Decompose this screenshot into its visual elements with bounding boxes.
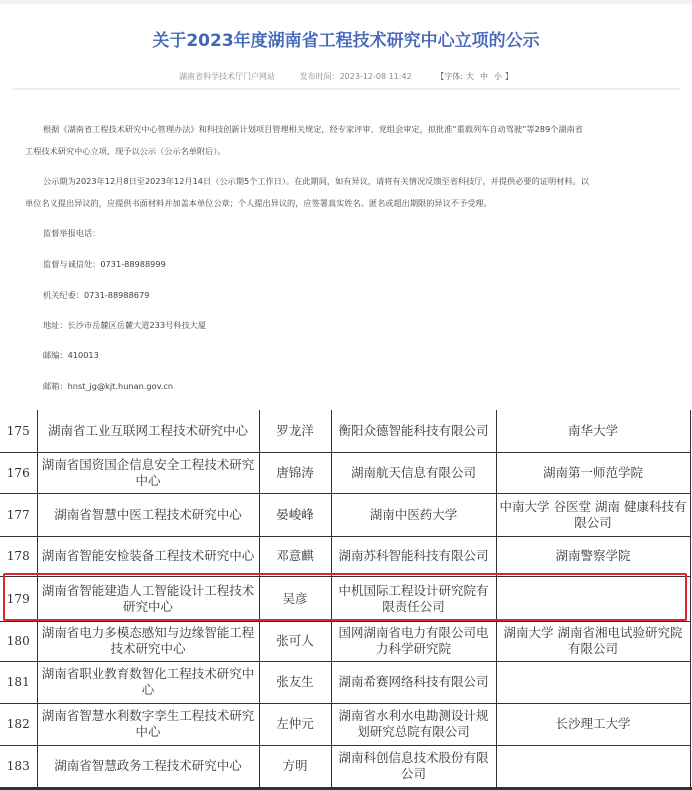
lead-unit: 衡阳众德智能科技有限公司	[331, 410, 496, 452]
row-number: 179	[0, 576, 37, 621]
leader-name: 晏峻峰	[259, 493, 331, 536]
partner-unit	[496, 576, 690, 621]
paragraph-2-line-2: 单位名义提出异议的，应提供书面材料并加盖本单位公章；个人提出异议的，应签署真实姓…	[25, 197, 675, 209]
leader-name: 左仲元	[259, 703, 331, 745]
center-name: 湖南省智慧政务工程技术研究中心	[37, 745, 259, 787]
center-name: 湖南省工业互联网工程技术研究中心	[37, 410, 259, 452]
table-row: 182 湖南省智慧水利数字孪生工程技术研究中心 左仲元 湖南省水利水电勘测设计规…	[0, 703, 690, 745]
publish-time-value: 2023-12-08 11:42	[340, 72, 412, 81]
email[interactable]: 邮箱：hnst_jg@kjt.hunan.gov.cn	[43, 381, 173, 392]
leader-name: 张友生	[259, 661, 331, 703]
top-strip	[0, 0, 692, 4]
table-row: 180 湖南省电力多模态感知与边缘智能工程技术研究中心 张可人 国网湖南省电力有…	[0, 621, 690, 661]
table-row: 181 湖南省职业教育数智化工程技术研究中心 张友生 湖南希赛网络科技有限公司	[0, 661, 690, 703]
divider	[12, 88, 680, 90]
row-number: 175	[0, 410, 37, 452]
font-size-small-button[interactable]: 小	[494, 71, 502, 82]
leader-name: 唐锦涛	[259, 452, 331, 493]
center-name: 湖南省智能安检装备工程技术研究中心	[37, 536, 259, 576]
partner-unit	[496, 745, 690, 787]
font-close: 】	[505, 71, 513, 82]
publish-time: 发布时间：2023-12-08 11:42	[300, 71, 412, 82]
table-row: 176 湖南省国资国企信息安全工程技术研究中心 唐锦涛 湖南航天信息有限公司 湖…	[0, 452, 690, 493]
lead-unit: 湖南航天信息有限公司	[331, 452, 496, 493]
font-size-large-button[interactable]: 大	[466, 71, 474, 82]
center-name: 湖南省职业教育数智化工程技术研究中心	[37, 661, 259, 703]
leader-name: 方明	[259, 745, 331, 787]
font-label: 【字体:	[436, 71, 463, 82]
center-name: 湖南省智能建造人工智能设计工程技术研究中心	[37, 576, 259, 621]
publish-label: 发布时间：	[300, 71, 340, 82]
partner-unit: 湖南大学 湖南省湘电试验研究院有限公司	[496, 621, 690, 661]
partner-unit: 长沙理工大学	[496, 703, 690, 745]
center-name: 湖南省电力多模态感知与边缘智能工程技术研究中心	[37, 621, 259, 661]
lead-unit: 中机国际工程设计研究院有限责任公司	[331, 576, 496, 621]
partner-unit: 湖南警察学院	[496, 536, 690, 576]
hotline-label: 监督举报电话：	[43, 228, 100, 239]
center-name: 湖南省国资国企信息安全工程技术研究中心	[37, 452, 259, 493]
partner-unit: 南华大学	[496, 410, 690, 452]
font-size-control: 【字体:大中小】	[436, 71, 513, 82]
lead-unit: 湖南苏科智能科技有限公司	[331, 536, 496, 576]
row-number: 178	[0, 536, 37, 576]
address: 地址：长沙市岳麓区岳麓大道233号科技大厦	[43, 320, 206, 331]
lead-unit: 湖南中医药大学	[331, 493, 496, 536]
source-label: 湖南省科学技术厅门户网站	[179, 71, 275, 82]
partner-unit: 中南大学 谷医堂 湖南 健康科技有限公司	[496, 493, 690, 536]
table-row: 178 湖南省智能安检装备工程技术研究中心 邓意麒 湖南苏科智能科技有限公司 湖…	[0, 536, 690, 576]
lead-unit: 湖南希赛网络科技有限公司	[331, 661, 496, 703]
row-number: 182	[0, 703, 37, 745]
postcode: 邮编：410013	[43, 350, 99, 361]
font-size-medium-button[interactable]: 中	[480, 71, 488, 82]
article-meta: 湖南省科学技术厅门户网站 发布时间：2023-12-08 11:42 【字体:大…	[0, 71, 692, 82]
paragraph-1-line-2: 工程技术研究中心立项，现予以公示（公示名单附后）。	[25, 145, 675, 157]
table-row-highlighted: 179 湖南省智能建造人工智能设计工程技术研究中心 吴彦 中机国际工程设计研究院…	[0, 576, 690, 621]
row-number: 176	[0, 452, 37, 493]
row-number: 180	[0, 621, 37, 661]
page-title: 关于2023年度湖南省工程技术研究中心立项的公示	[0, 26, 692, 51]
supervision-phone: 监督与诚信处：0731-88988999	[43, 259, 166, 270]
lead-unit: 湖南科创信息技术股份有限公司	[331, 745, 496, 787]
paragraph-2-line-1: 公示期为2023年12月8日至2023年12月14日（公示期5个工作日）。在此期…	[43, 175, 692, 187]
paragraph-1-line-1: 根据《湖南省工程技术研究中心管理办法》和科技创新计划项目管理相关规定，经专家评审…	[43, 123, 692, 135]
project-list-table: 175 湖南省工业互联网工程技术研究中心 罗龙洋 衡阳众德智能科技有限公司 南华…	[0, 410, 691, 788]
partner-unit	[496, 661, 690, 703]
leader-name: 邓意麒	[259, 536, 331, 576]
lead-unit: 湖南省水利水电勘测设计规划研究总院有限公司	[331, 703, 496, 745]
row-number: 181	[0, 661, 37, 703]
table-row: 175 湖南省工业互联网工程技术研究中心 罗龙洋 衡阳众德智能科技有限公司 南华…	[0, 410, 690, 452]
discipline-phone: 机关纪委：0731-88988679	[43, 290, 149, 301]
lead-unit: 国网湖南省电力有限公司电力科学研究院	[331, 621, 496, 661]
leader-name: 张可人	[259, 621, 331, 661]
table-row: 183 湖南省智慧政务工程技术研究中心 方明 湖南科创信息技术股份有限公司	[0, 745, 690, 787]
row-number: 183	[0, 745, 37, 787]
row-number: 177	[0, 493, 37, 536]
table-row: 177 湖南省智慧中医工程技术研究中心 晏峻峰 湖南中医药大学 中南大学 谷医堂…	[0, 493, 690, 536]
leader-name: 吴彦	[259, 576, 331, 621]
partner-unit: 湖南第一师范学院	[496, 452, 690, 493]
center-name: 湖南省智慧中医工程技术研究中心	[37, 493, 259, 536]
leader-name: 罗龙洋	[259, 410, 331, 452]
center-name: 湖南省智慧水利数字孪生工程技术研究中心	[37, 703, 259, 745]
